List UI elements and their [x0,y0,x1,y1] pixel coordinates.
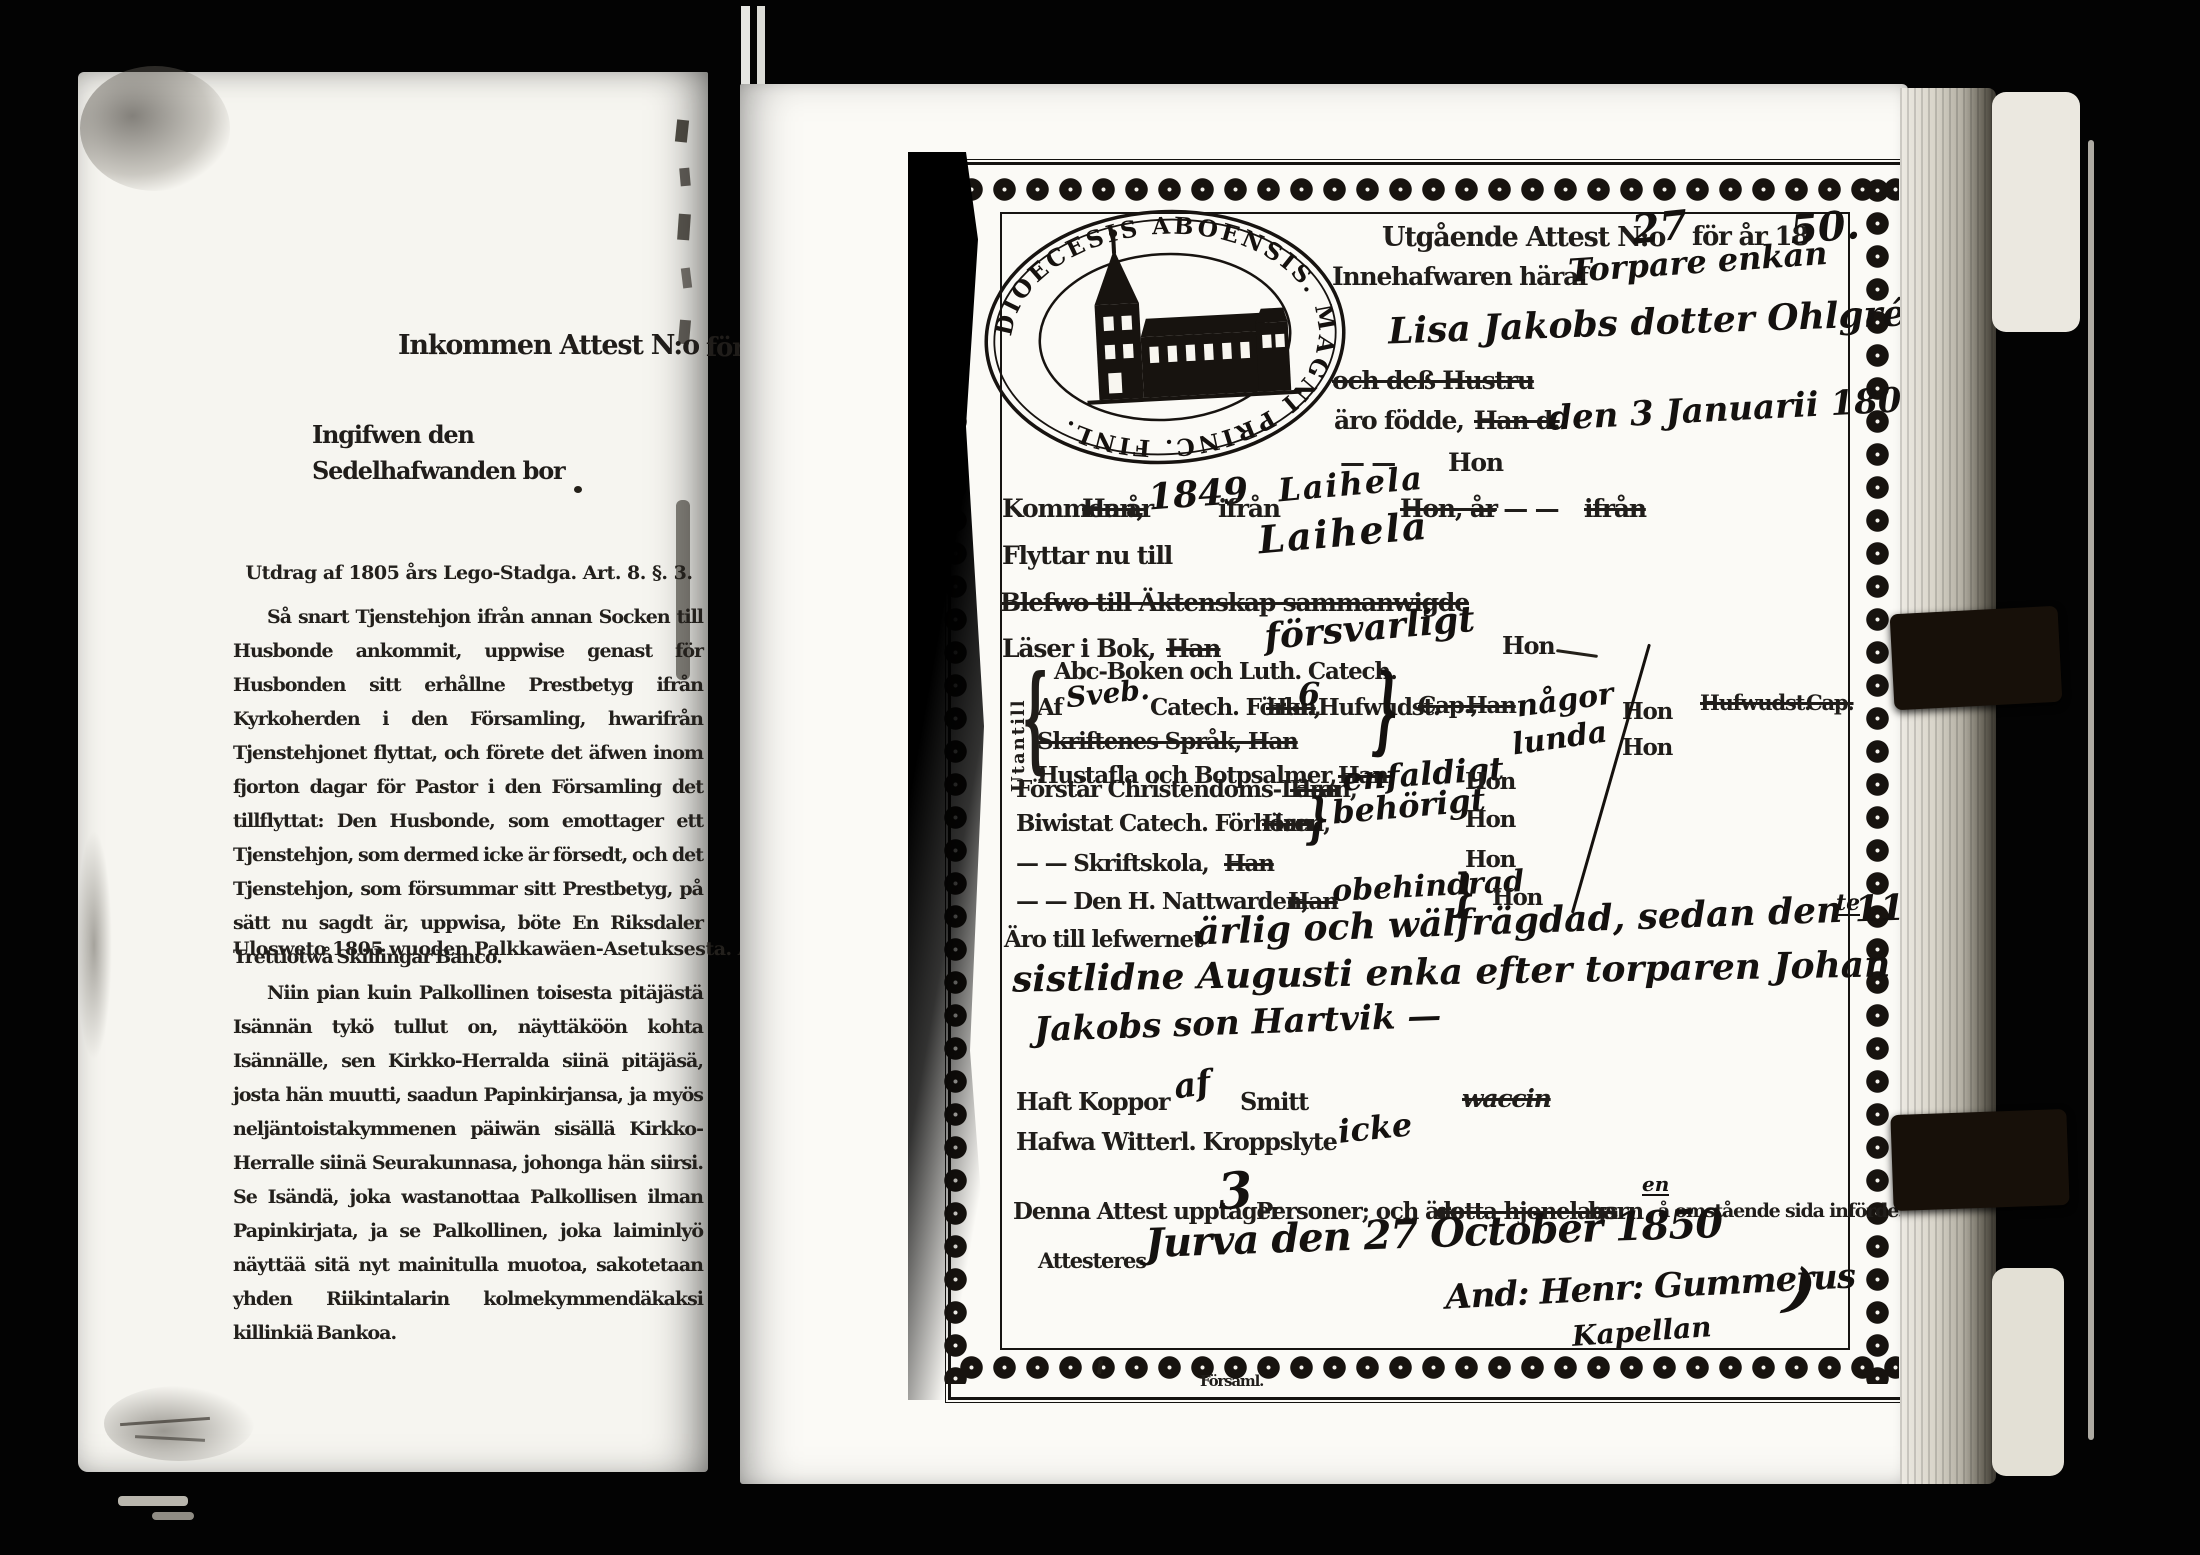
conduct-label: Äro till lefwernet [1004,928,1202,951]
pox-handwritten: af [1172,1066,1213,1105]
finnish-statute-text: Niin pian kuin Palkollinen toisesta pitä… [233,976,703,1350]
defect-handwritten: icke [1337,1108,1414,1148]
school-han-struck: Han [1224,852,1274,875]
chapters-handwritten: 6 [1298,678,1320,710]
cap-han-struck: Han [1466,694,1516,717]
left-page-top-smudge [80,66,230,191]
speck-2 [152,1512,194,1520]
gutter-bar-2 [757,6,765,88]
left-page-edge-smudge [76,830,112,1060]
speck [118,1496,188,1506]
sedelhafwanden-label: Sedelhafwanden bor [312,459,564,483]
book-strap-upper [1890,606,2063,711]
smitt-label: Smitt [1240,1090,1308,1114]
swedish-statute-heading: Utdrag af 1805 års Lego-Stadga. Art. 8. … [233,562,705,584]
conduct-sup-handwritten: te [1836,892,1860,916]
swedish-statute-text: Så snart Tjenstehjon ifrån annan Socken … [233,600,703,974]
gutter-bar [741,6,750,88]
came-hon-ifran-struck: ifrån [1584,496,1646,521]
hw-brace-close: } [1372,662,1400,761]
wife-label-struck: och deß Hustru [1332,368,1534,393]
book-scan: Inkommen Attest N:o för år 18 Ingifwen d… [0,0,2200,1555]
attended-brace: } [1306,792,1329,846]
page-edge-fragment [675,119,689,142]
incoming-attest-title: Inkommen Attest N:o [398,332,699,359]
page-stack-edge [1900,88,1996,1484]
attended-hon: Hon [1465,808,1515,831]
page-edge-streak [2088,140,2094,1440]
af-label: Af [1037,696,1062,719]
diocese-seal: DIOECESIS ABOENSIS. MAGNI PRINC. FINL. [968,192,1362,482]
page-edge-fragment [677,214,691,241]
school-label: — — Skriftskola, [1016,852,1209,875]
reads-hon-label: Hon [1502,634,1555,658]
page-edge-fragment [679,168,691,187]
came-dashes: — — — [1472,496,1558,521]
finnish-statute-heading: Ulosweto 1805 wuoden Palkkawäen-Asetukse… [233,938,705,960]
hufwudst2-struck: Hufwudst. [1700,692,1810,713]
vaccin-struck: waccin [1462,1086,1551,1111]
holder-label: Innehafwaren häraf [1332,264,1588,289]
count-handwritten: 3 [1216,1165,1255,1218]
rosette-border-top [955,174,1899,205]
page-stack-blob-bottom [1992,1268,2064,1476]
hon-col-2: Hon [1622,736,1672,759]
skriftenes-struck: Skriftenes Språk, Han [1037,730,1298,753]
ink-dot [574,486,582,493]
cap2-struck: Cap. [1806,692,1854,713]
moves-label: Flyttar nu till [1002,543,1172,568]
attended-han-struck: Han [1262,812,1312,835]
born-hon-label: Hon [1448,450,1503,475]
af-handwritten: Sveb. [1065,676,1151,713]
parish-label: Församl. [1200,1374,1263,1389]
born-han-struck: Han d. [1474,408,1560,433]
ingifwen-label: Ingifwen den [312,423,474,447]
pox-label: Haft Koppor [1016,1090,1169,1114]
count-sup-handwritten: en [1642,1174,1669,1196]
book-strap-lower [1890,1109,2069,1211]
attest-label: Attesteres [1038,1250,1146,1271]
outgoing-attest-title: Utgående Attest N:o [1382,224,1665,251]
defect-label: Hafwa Witterl. Kroppslyte [1016,1130,1337,1154]
page-stack-blob-top [1992,92,2080,332]
born-label: äro födde, [1334,408,1464,433]
rosette-border-bottom [955,1352,1899,1383]
